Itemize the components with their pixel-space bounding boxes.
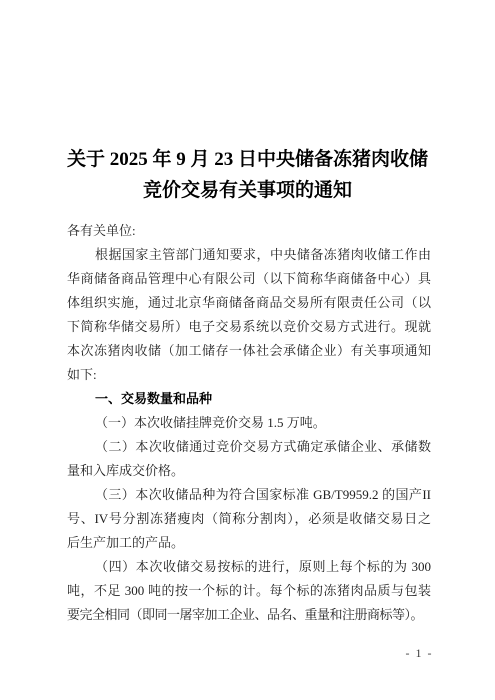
item3-line: 号、IV号分割冻猪瘦肉（简称分割肉），必须是收储交易日之 xyxy=(67,507,431,531)
item4-line: 要完全相同（即同一屠宰加工企业、品名、重量和注册商标等）。 xyxy=(67,603,431,627)
document-body: 各有关单位: 根据国家主管部门通知要求，中央储备冻猪肉收储工作由 华商储备商品管… xyxy=(67,219,431,627)
document-title-line1: 关于 2025 年 9 月 23 日中央储备冻猪肉收储 xyxy=(30,144,465,175)
document-title-line2: 竞价交易有关事项的通知 xyxy=(30,175,465,206)
item2-line: 量和入库成交价格。 xyxy=(67,459,431,483)
paragraph1-line: 体组织实施，通过北京华商储备商品交易所有限责任公司（以 xyxy=(67,291,431,315)
document-page: 关于 2025 年 9 月 23 日中央储备冻猪肉收储 竞价交易有关事项的通知 … xyxy=(0,0,495,700)
paragraph1-line: 本次冻猪肉收储（加工储存一体社会承储企业）有关事项通知 xyxy=(67,339,431,363)
page-number: - 1 - xyxy=(406,645,434,661)
item1-line: （一）本次收储挂牌竞价交易 1.5 万吨。 xyxy=(67,411,431,435)
item3-line: （三）本次收储品种为符合国家标准 GB/T9959.2 的国产II xyxy=(67,483,431,507)
item4-line: 吨，不足 300 吨的按一个标的计。每个标的冻猪肉品质与包装 xyxy=(67,579,431,603)
section1-heading: 一、交易数量和品种 xyxy=(67,387,431,411)
paragraph1-line: 如下: xyxy=(67,363,431,387)
paragraph1-line: 下简称华储交易所）电子交易系统以竞价交易方式进行。现就 xyxy=(67,315,431,339)
paragraph1-line: 华商储备商品管理中心有限公司（以下简称华商储备中心）具 xyxy=(67,267,431,291)
item4-line: （四）本次收储交易按标的进行，原则上每个标的为 300 xyxy=(67,555,431,579)
document-title: 关于 2025 年 9 月 23 日中央储备冻猪肉收储 竞价交易有关事项的通知 xyxy=(30,144,465,206)
item2-line: （二）本次收储通过竞价交易方式确定承储企业、承储数 xyxy=(67,435,431,459)
paragraph1-line: 根据国家主管部门通知要求，中央储备冻猪肉收储工作由 xyxy=(67,243,431,267)
item3-line: 后生产加工的产品。 xyxy=(67,531,431,555)
salutation: 各有关单位: xyxy=(67,219,431,243)
